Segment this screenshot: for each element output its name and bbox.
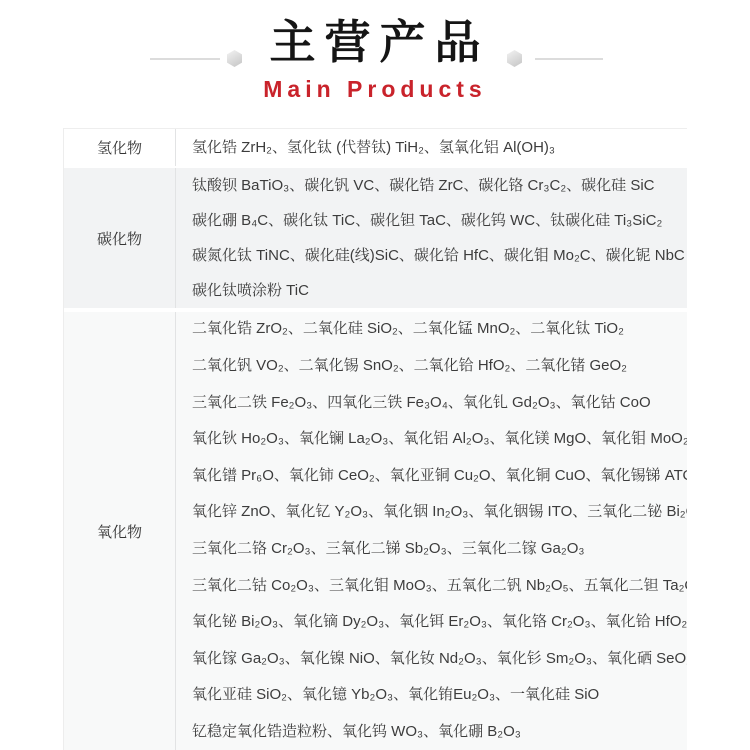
product-line: 三氧化二铬 Cr₂O₃、三氧化二锑 Sb₂O₃、三氧化二镓 Ga₂O₃ [192, 531, 687, 568]
product-line: 钇稳定氧化锆造粒粉、氧化钨 WO₃、氧化硼 B₂O₃ [192, 714, 687, 750]
product-line: 碳氮化钛 TiNC、碳化硅(线)SiC、碳化铪 HfC、碳化钼 Mo₂C、碳化铌… [192, 238, 687, 273]
product-line: 氧化亚硅 SiO₂、氧化镱 Yb₂O₃、氧化铕Eu₂O₃、一氧化硅 SiO [192, 677, 687, 714]
product-line: 氧化钬 Ho₂O₃、氧化镧 La₂O₃、氧化铝 Al₂O₃、氧化镁 MgO、氧化… [192, 421, 687, 458]
product-line: 二氧化锆 ZrO₂、二氧化硅 SiO₂、二氧化锰 MnO₂、二氧化钛 TiO₂ [192, 312, 687, 348]
product-line: 二氧化钒 VO₂、二氧化锡 SnO₂、二氧化铪 HfO₂、二氧化锗 GeO₂ [192, 348, 687, 385]
page-title: 主营产品 [0, 13, 750, 71]
product-list: 氢化锆 ZrH₂、氢化钛 (代替钛) TiH₂、氢氧化铝 Al(OH)₃ [176, 129, 687, 166]
product-list: 钛酸钡 BaTiO₃、碳化钒 VC、碳化锆 ZrC、碳化铬 Cr₃C₂、碳化硅 … [176, 168, 687, 308]
category-label: 氢化物 [64, 129, 176, 166]
product-line: 碳化钛喷涂粉 TiC [192, 273, 687, 308]
product-line: 氧化铋 Bi₂O₃、氧化镝 Dy₂O₃、氧化铒 Er₂O₃、氧化铬 Cr₂O₃、… [192, 604, 687, 641]
product-list: 二氧化锆 ZrO₂、二氧化硅 SiO₂、二氧化锰 MnO₂、二氧化钛 TiO₂二… [176, 312, 687, 750]
product-line: 氧化镓 Ga₂O₃、氧化镍 NiO、氧化钕 Nd₂O₃、氧化钐 Sm₂O₃、氧化… [192, 641, 687, 678]
category-label: 氧化物 [64, 312, 176, 750]
page-header: 主营产品 Main Products [0, 0, 750, 128]
product-line: 氧化镨 Pr₆O、氧化铈 CeO₂、氧化亚铜 Cu₂O、氧化铜 CuO、氧化锡锑… [192, 458, 687, 495]
table-row: 碳化物钛酸钡 BaTiO₃、碳化钒 VC、碳化锆 ZrC、碳化铬 Cr₃C₂、碳… [64, 168, 687, 308]
divider-line-left [150, 58, 220, 60]
page-subtitle: Main Products [0, 74, 750, 104]
product-line: 氢化锆 ZrH₂、氢化钛 (代替钛) TiH₂、氢氧化铝 Al(OH)₃ [192, 129, 687, 166]
table-row: 氧化物二氧化锆 ZrO₂、二氧化硅 SiO₂、二氧化锰 MnO₂、二氧化钛 Ti… [64, 312, 687, 750]
product-line: 钛酸钡 BaTiO₃、碳化钒 VC、碳化锆 ZrC、碳化铬 Cr₃C₂、碳化硅 … [192, 168, 687, 203]
table-row: 氢化物氢化锆 ZrH₂、氢化钛 (代替钛) TiH₂、氢氧化铝 Al(OH)₃ [64, 128, 687, 166]
products-table: 氢化物氢化锆 ZrH₂、氢化钛 (代替钛) TiH₂、氢氧化铝 Al(OH)₃碳… [63, 128, 687, 750]
divider-line-right [535, 58, 603, 60]
category-label: 碳化物 [64, 168, 176, 308]
product-line: 三氧化二钴 Co₂O₃、三氧化钼 MoO₃、五氧化二钒 Nb₂O₅、五氧化二钽 … [192, 568, 687, 605]
product-line: 三氧化二铁 Fe₂O₃、四氧化三铁 Fe₃O₄、氧化钆 Gd₂O₃、氧化钴 Co… [192, 385, 687, 422]
product-line: 氧化锌 ZnO、氧化钇 Y₂O₃、氧化铟 In₂O₃、氧化铟锡 ITO、三氧化二… [192, 494, 687, 531]
product-line: 碳化硼 B₄C、碳化钛 TiC、碳化钽 TaC、碳化钨 WC、钛碳化硅 Ti₃S… [192, 203, 687, 238]
